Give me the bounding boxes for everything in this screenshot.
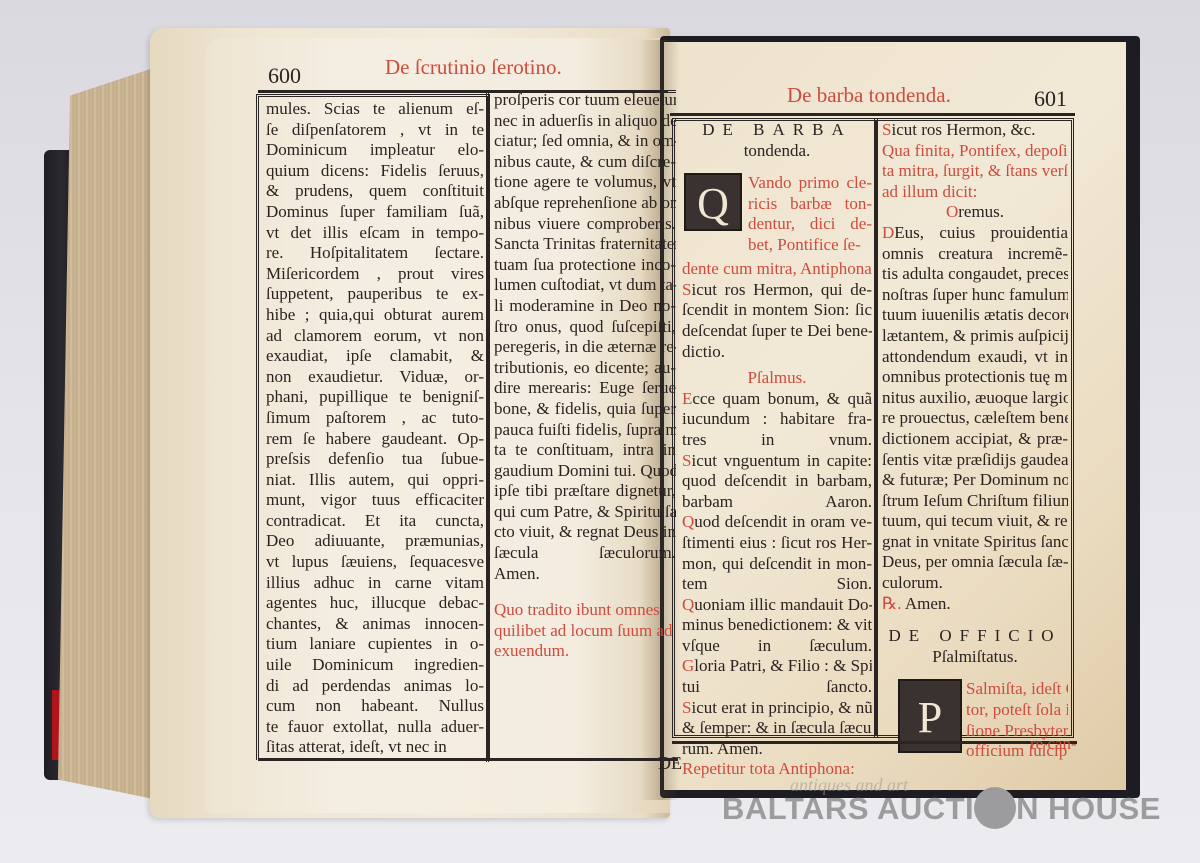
psalm-line: ſtimenti eius : ſicut ros Her- <box>682 533 872 554</box>
left-col2-line: gaudium Domini tui. Quod <box>494 461 676 482</box>
left-col1-line: Deo adiuuante, præmunias, <box>266 531 484 552</box>
amen-response: ℞. Amen. <box>882 594 1068 615</box>
left-col2-line: dire merearis: Euge ſerue <box>494 378 676 399</box>
psalm-line: & ſemper: & in ſæcula ſæculo- <box>682 718 872 739</box>
rubric-line: dente cum mitra, Antiphona: <box>682 259 872 280</box>
right-top-rule <box>670 113 1075 116</box>
right-column-2-text: Sicut ros Hermon, &c. Qua finita, Pontif… <box>882 120 1068 767</box>
prayer-line: re prouectus, cæleſtem bene- <box>882 408 1068 429</box>
left-col1-line: mules. Scias te alienum eſ- <box>266 99 484 120</box>
left-col1-line: te fauor extollat, nulla aduer- <box>266 717 484 738</box>
left-col1-line: vt det illis eſcam in tempo- <box>266 223 484 244</box>
left-col1-line: Dominus ſuper familiam ſuã, <box>266 202 484 223</box>
psalm-line: Sicut vnguentum in capite: <box>682 451 872 472</box>
prayer-line: Deus, per omnia ſæcula ſæ- <box>882 552 1068 573</box>
heading-de-barba: DE BARBA <box>682 120 872 141</box>
left-col1-line: ſimum paſtorem , ac tuto- <box>266 408 484 429</box>
rubric-line: ad illum dicit: <box>882 182 1068 203</box>
prayer-line: & futuræ; Per Dominum no- <box>882 470 1068 491</box>
left-col1-line: ſitas atterat, ideſt, vt nec in <box>266 737 484 758</box>
psalm-line: tem Sion. <box>682 574 872 595</box>
left-rubric-line: exuendum. <box>494 641 676 662</box>
psalm-line: Sicut erat in principio, & nũc, <box>682 698 872 719</box>
psalm-line: Gloria Patri, & Filio : & Spiri- <box>682 656 872 677</box>
psalm-line: iucundum : habitare fra- <box>682 409 872 430</box>
left-rubric-line: quilibet ad locum ſuum ad <box>494 621 676 642</box>
left-bottom-rule <box>258 758 678 761</box>
right-bottom-rule <box>672 741 1077 744</box>
left-col2-line: ipſe tibi præſtare dignetur, <box>494 481 676 502</box>
psalm-line: tres in vnum. <box>682 430 872 451</box>
left-col1-line: illius adhuc in carne vitam <box>266 573 484 594</box>
prayer-line: omnis creatura incremẽ- <box>882 244 1068 265</box>
prayer-line: nitus auxilio, æuoque largio- <box>882 388 1068 409</box>
right-column-1-text: DE BARBA tondenda. Q Vando primo cle-ric… <box>682 120 872 780</box>
prayer-line: lætantem, & primis auſpicijs <box>882 326 1068 347</box>
left-col1-line: rem ſe habere gaudeant. Op- <box>266 429 484 450</box>
left-col2-line: Amen. <box>494 564 676 585</box>
prayer-line: attondendum exaudi, vt in <box>882 347 1068 368</box>
left-col2-line: tuam ſua protectione inco- <box>494 255 676 276</box>
rubric-line: tor, poteſt ſola iuſ- <box>966 700 1068 721</box>
left-col2-line: abſque reprehenſione ab om- <box>494 193 676 214</box>
right-running-head: De barba tondenda. <box>787 83 951 108</box>
rubric-line: ricis barbæ ton- <box>748 194 872 215</box>
antiphon-line: deſcendat ſuper te Dei bene- <box>682 321 872 342</box>
left-col1-line: Miſericordem , prout vires <box>266 264 484 285</box>
psalm-line: Ecce quam bonum, & quã <box>682 389 872 410</box>
left-col2-line: qui cum Patre, & Spiritu ſan- <box>494 502 676 523</box>
left-col1-line: Dominicum impleatur elo- <box>266 140 484 161</box>
left-col1-line: niat. Illis autem, qui oppri- <box>266 470 484 491</box>
antiphon-line: ſcendit in montem Sion: ſic <box>682 300 872 321</box>
left-col1-line: munt, vigor tuus efficaciter <box>266 490 484 511</box>
left-rubric-line: Quo tradito ibunt omnes <box>494 600 676 621</box>
auction-house-watermark: BALTARS AUCTIN HOUSE <box>722 790 1161 832</box>
prayer-line: dictionem accipiat, & præ- <box>882 429 1068 450</box>
prayer-line: tis adulta congaudet, preces <box>882 264 1068 285</box>
left-col2-line: proſperis cor tuum eleuetur, <box>494 90 676 111</box>
heading-psalmistatus: Pſalmiſtatus. <box>882 647 1068 668</box>
prayer-line: omnibus protectionis tuę mu- <box>882 367 1068 388</box>
psalm-line: tui ſancto. <box>682 677 872 698</box>
left-col1-line: preſsis defenſio tua ſubue- <box>266 449 484 470</box>
left-col2-line: peregeris, in die æternæ re- <box>494 337 676 358</box>
left-page-number: 600 <box>268 63 301 89</box>
left-col1-line: exaudiat, ipſe clamabit, & <box>266 346 484 367</box>
left-catchword: DE <box>658 753 682 774</box>
left-col2-line: ſæcula ſæculorum. <box>494 543 676 564</box>
rubric-line: bet, Pontifice ſe- <box>748 235 872 256</box>
sicut-ros-opening: Sicut ros Hermon, &c. <box>882 120 1068 141</box>
left-col1-line: phani, pupillique te benigniſ- <box>266 387 484 408</box>
left-col1-line: agentes huc, illucque debac- <box>266 593 484 614</box>
left-col2-line: lumen cuſtodiat, vt dum ta- <box>494 275 676 296</box>
psalm-line: minus benedictionem: & vitã <box>682 615 872 636</box>
prayer-line: DEus, cuius prouidentia <box>882 223 1068 244</box>
left-col1-line: hibe ; quia,qui obturat aurem <box>266 305 484 326</box>
watermark-brand-start: BALTARS AUCTI <box>722 791 974 826</box>
prayer-line: gnat in vnitate Spiritus ſancti <box>882 532 1068 553</box>
prayer-line: ſtrum Ieſum Chriſtum filium <box>882 491 1068 512</box>
left-col1-line: chantes, & animas innocen- <box>266 614 484 635</box>
right-page-number: 601 <box>1034 86 1067 112</box>
prayer-line: ſentis vitæ præſidijs gaudeat, <box>882 450 1068 471</box>
right-catchword: re can- <box>1030 734 1090 755</box>
rubric-line: Salmiſta, ideſt Can- <box>966 679 1068 700</box>
left-column-1-text: mules. Scias te alienum eſ-ſe diſpenſato… <box>266 99 484 758</box>
psalm-line: mon, qui deſcendit in mon- <box>682 554 872 575</box>
left-col2-line: tributionis, eo dicente; au- <box>494 358 676 379</box>
prayer-line: culorum. <box>882 573 1068 594</box>
decorated-initial-q: Q <box>684 173 742 231</box>
left-col2-line: cto viuit, & regnat Deus in <box>494 522 676 543</box>
left-col2-line: ciatur; ſed omnia, & in om- <box>494 131 676 152</box>
left-col2-line: bone, & fidelis, quia ſuper <box>494 399 676 420</box>
left-col2-line: nec in aduerſis in aliquo deij- <box>494 111 676 132</box>
left-col1-line: ad clamorem eorum, vt non <box>266 326 484 347</box>
left-col1-line: quium dicens: Fidelis ſeruus, <box>266 161 484 182</box>
psalm-line: quod deſcendit in barbam, <box>682 471 872 492</box>
left-col2-line: ſtro onus, quod ſuſcepiſti, <box>494 317 676 338</box>
left-rubric: Quo tradito ibunt omnesquilibet ad locum… <box>494 600 676 662</box>
left-col1-line: non exaudietur. Viduæ, or- <box>266 367 484 388</box>
left-col2-line: nibus caute, & cum diſcre- <box>494 152 676 173</box>
left-running-head: De ſcrutinio ſerotino. <box>385 55 562 80</box>
left-col1-line: & prudens, quem conſtituit <box>266 181 484 202</box>
prayer-line: noſtras ſuper hunc famulum <box>882 285 1068 306</box>
left-col2-line: ta te conſtituam, intra in <box>494 440 676 461</box>
rubric-line: ta mitra, ſurgit, & ſtans verſus <box>882 161 1068 182</box>
psalm-line: barbam Aaron. <box>682 492 872 513</box>
left-col2-line: li moderamine in Deo no- <box>494 296 676 317</box>
left-col1-line: re. Hoſpitalitatem ſectare. <box>266 243 484 264</box>
prayer-line: tuum, qui tecum viuit, & re- <box>882 511 1068 532</box>
left-col1-line: contradicat. Et ita cuncta, <box>266 511 484 532</box>
rubric-line: dentur, dici de- <box>748 214 872 235</box>
left-column-2-text: proſperis cor tuum eleuetur,nec in aduer… <box>494 90 676 584</box>
left-col2-line: Sancta Trinitas fraternitatem <box>494 234 676 255</box>
left-col2-line: tione agere te volumus, vt <box>494 172 676 193</box>
antiphon-line: dictio. <box>682 342 872 363</box>
left-col1-line: vt lupus ſæuiens, ſequacesve <box>266 552 484 573</box>
watermark-logo-icon <box>974 787 1016 829</box>
left-col1-line: ſe diſpenſatorem , vt in te <box>266 120 484 141</box>
left-col1-line: di ad perdendas animas lo- <box>266 676 484 697</box>
left-col2-line: nibus viuere comproberis. <box>494 214 676 235</box>
rubric-line: Qua finita, Pontifex, depoſi- <box>882 141 1068 162</box>
psalm-title: Pſalmus. <box>682 368 872 389</box>
left-col2-line: pauca fuiſti fidelis, ſupra mul- <box>494 420 676 441</box>
left-col1-line: uile Dominicum ingredien- <box>266 655 484 676</box>
watermark-brand-end: N HOUSE <box>1016 791 1161 826</box>
psalm-line: Quoniam illic mandauit Do- <box>682 595 872 616</box>
psalm-line: vſque in ſæculum. <box>682 636 872 657</box>
left-col1-line: cum non habeant. Nullus <box>266 696 484 717</box>
left-col1-line: ſuppetent, pauperibus te ex- <box>266 284 484 305</box>
rubric-line: Vando primo cle- <box>748 173 872 194</box>
antiphon-line: Sicut ros Hermon, qui de- <box>682 280 872 301</box>
oremus-heading: Oremus. <box>882 202 1068 223</box>
heading-de-officio: DE OFFICIO <box>882 626 1068 647</box>
psalm-line: Quod deſcendit in oram ve- <box>682 512 872 533</box>
heading-tondenda: tondenda. <box>682 141 872 162</box>
left-col1-line: tium laniare cupientes in o- <box>266 634 484 655</box>
prayer-line: tuum iuuenilis ætatis decore <box>882 305 1068 326</box>
